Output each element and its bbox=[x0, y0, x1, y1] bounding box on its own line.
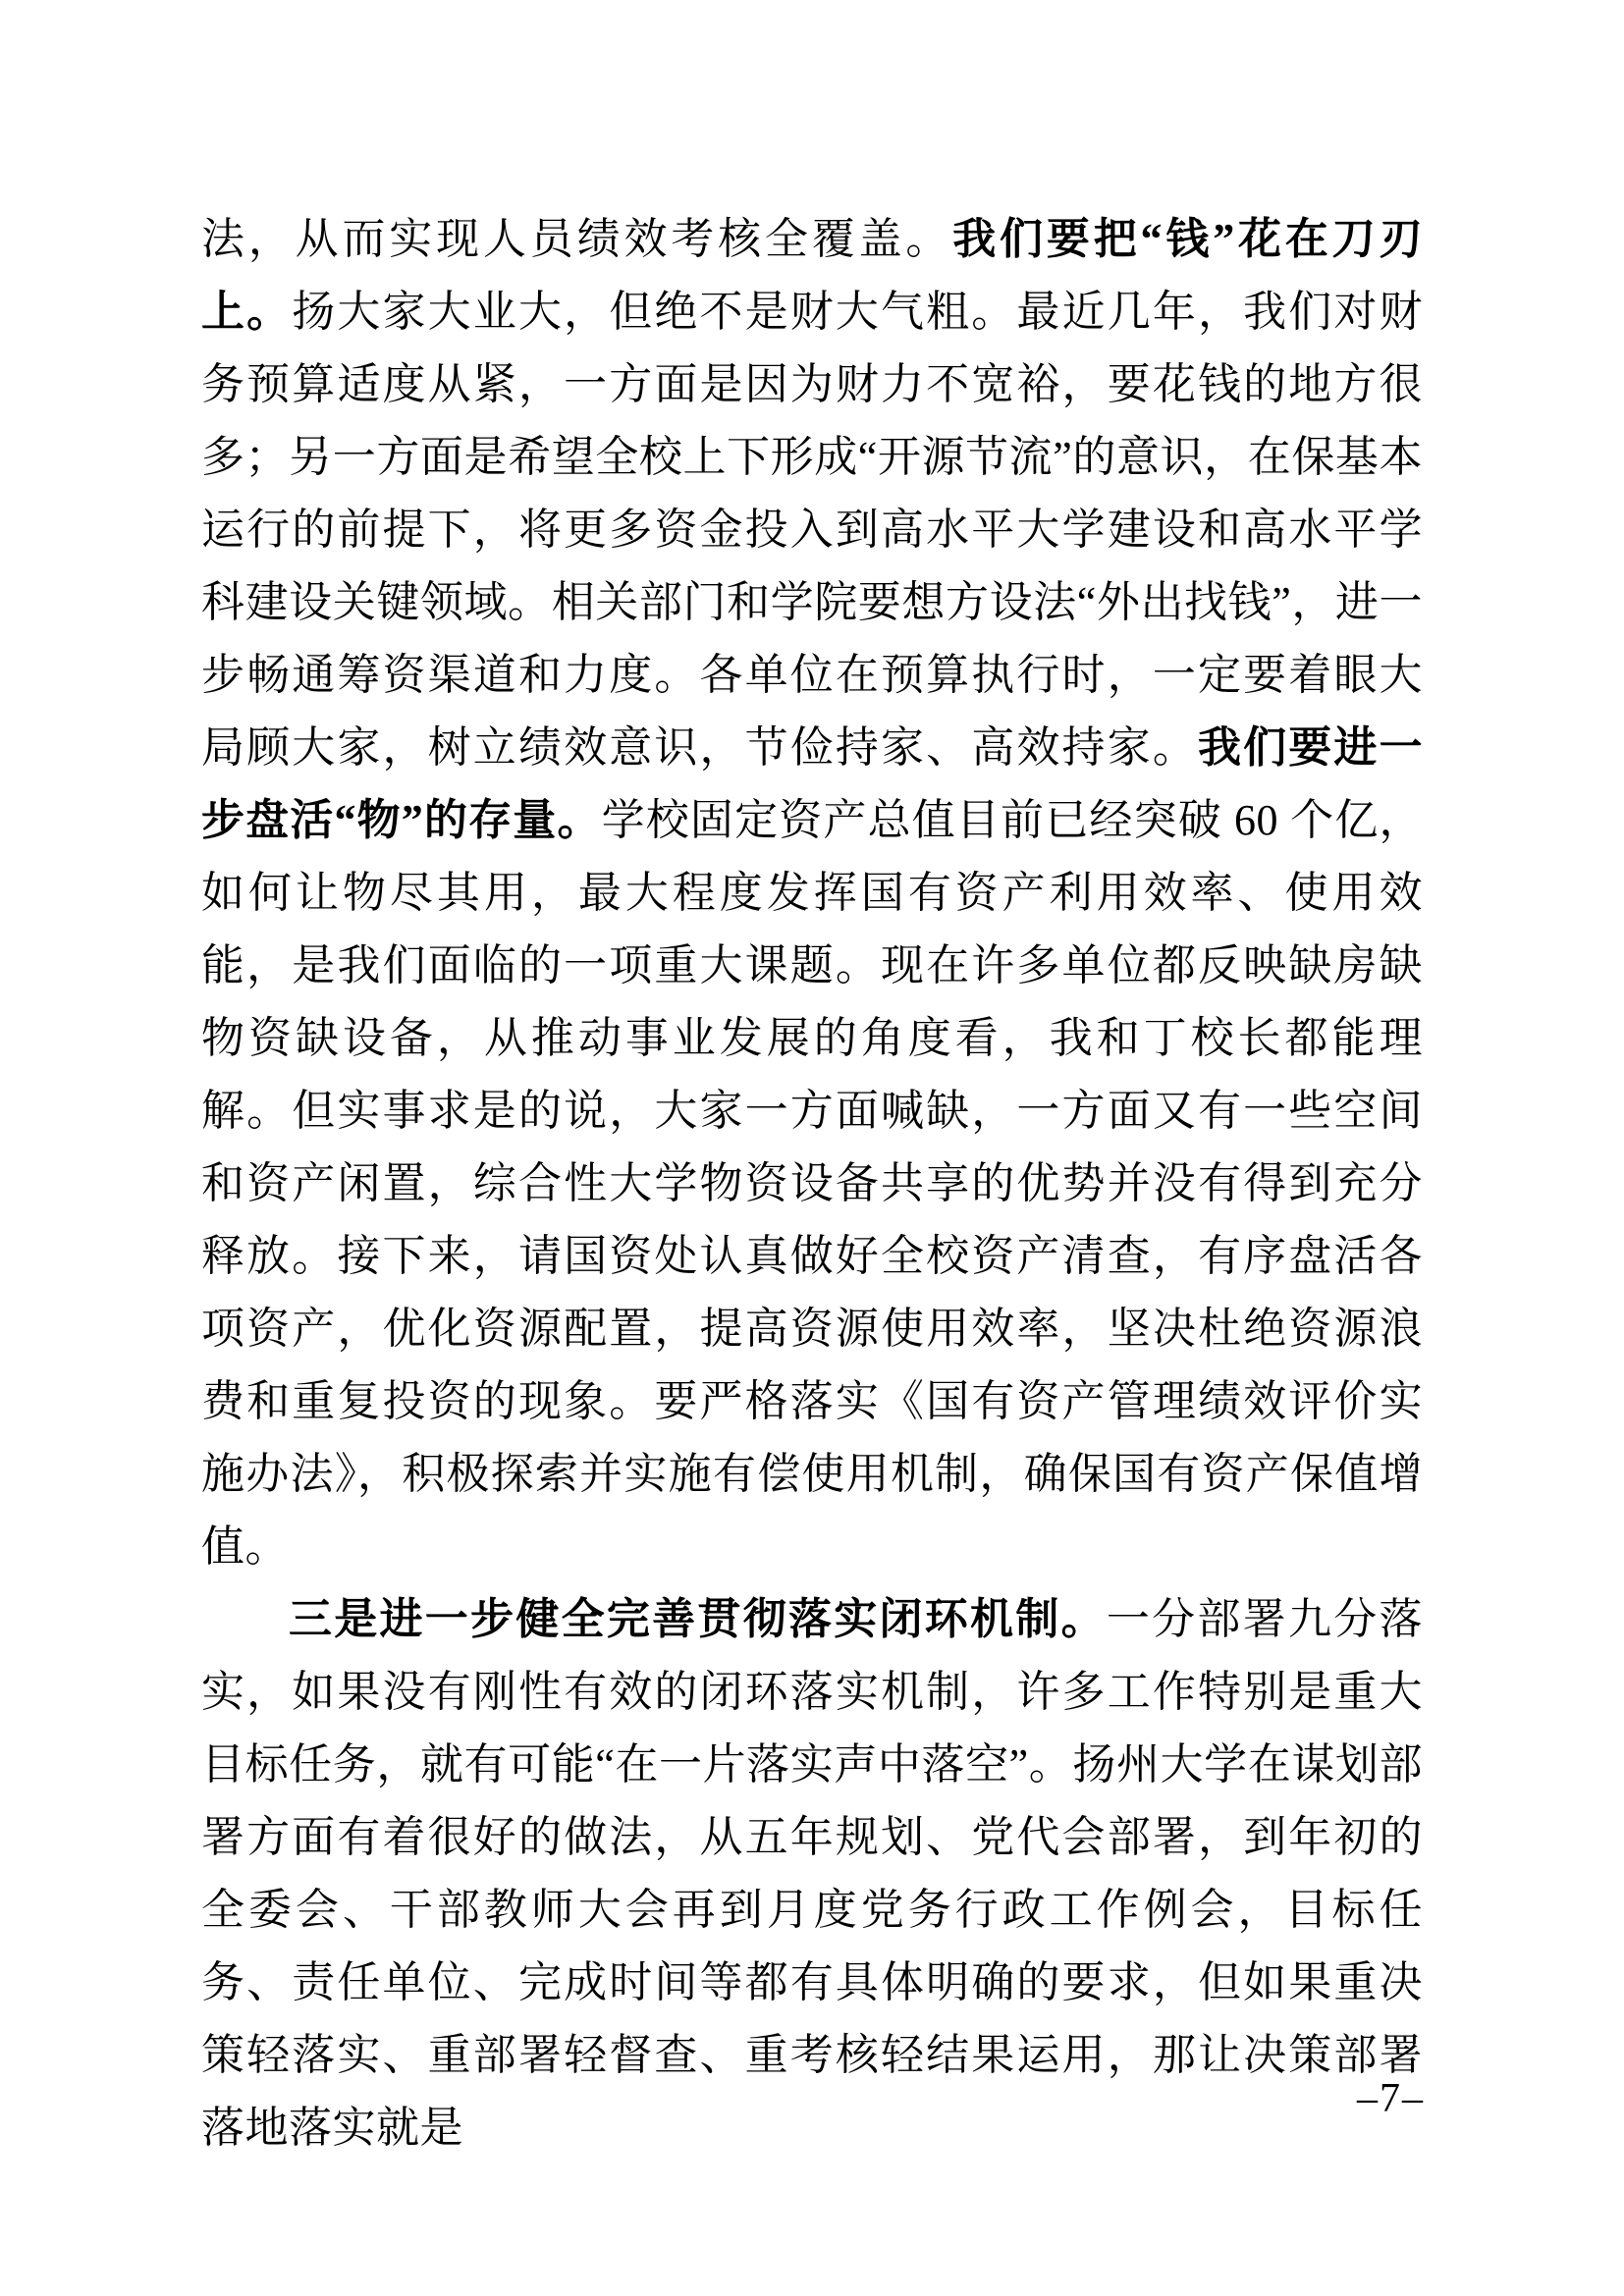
document-body: 法，从而实现人员绩效考核全覆盖。我们要把“钱”花在刀刃上。扬大家大业大，但绝不是… bbox=[201, 203, 1423, 2164]
text-run: 法，从而实现人员绩效考核全覆盖。 bbox=[201, 215, 952, 263]
paragraph: 法，从而实现人员绩效考核全覆盖。我们要把“钱”花在刀刃上。扬大家大业大，但绝不是… bbox=[201, 203, 1423, 1583]
text-run: 扬大家大业大，但绝不是财大气粗。最近几年，我们对财务预算适度从紧，一方面是因为财… bbox=[201, 288, 1423, 772]
text-run: 学校固定资产总值目前已经突破 60 个亿，如何让物尽其用，最大程度发挥国有资产利… bbox=[201, 796, 1423, 1571]
text-run: 一分部署九分落实，如果没有刚性有效的闭环落实机制，许多工作特别是重大目标任务，就… bbox=[201, 1595, 1423, 2152]
page-number: –7– bbox=[1357, 2073, 1425, 2124]
document-page: 法，从而实现人员绩效考核全覆盖。我们要把“钱”花在刀刃上。扬大家大业大，但绝不是… bbox=[0, 0, 1624, 2296]
bold-text-run: 三是进一步健全完善贯彻落实闭环机制。 bbox=[289, 1595, 1107, 1643]
paragraph: 三是进一步健全完善贯彻落实闭环机制。一分部署九分落实，如果没有刚性有效的闭环落实… bbox=[201, 1583, 1423, 2164]
